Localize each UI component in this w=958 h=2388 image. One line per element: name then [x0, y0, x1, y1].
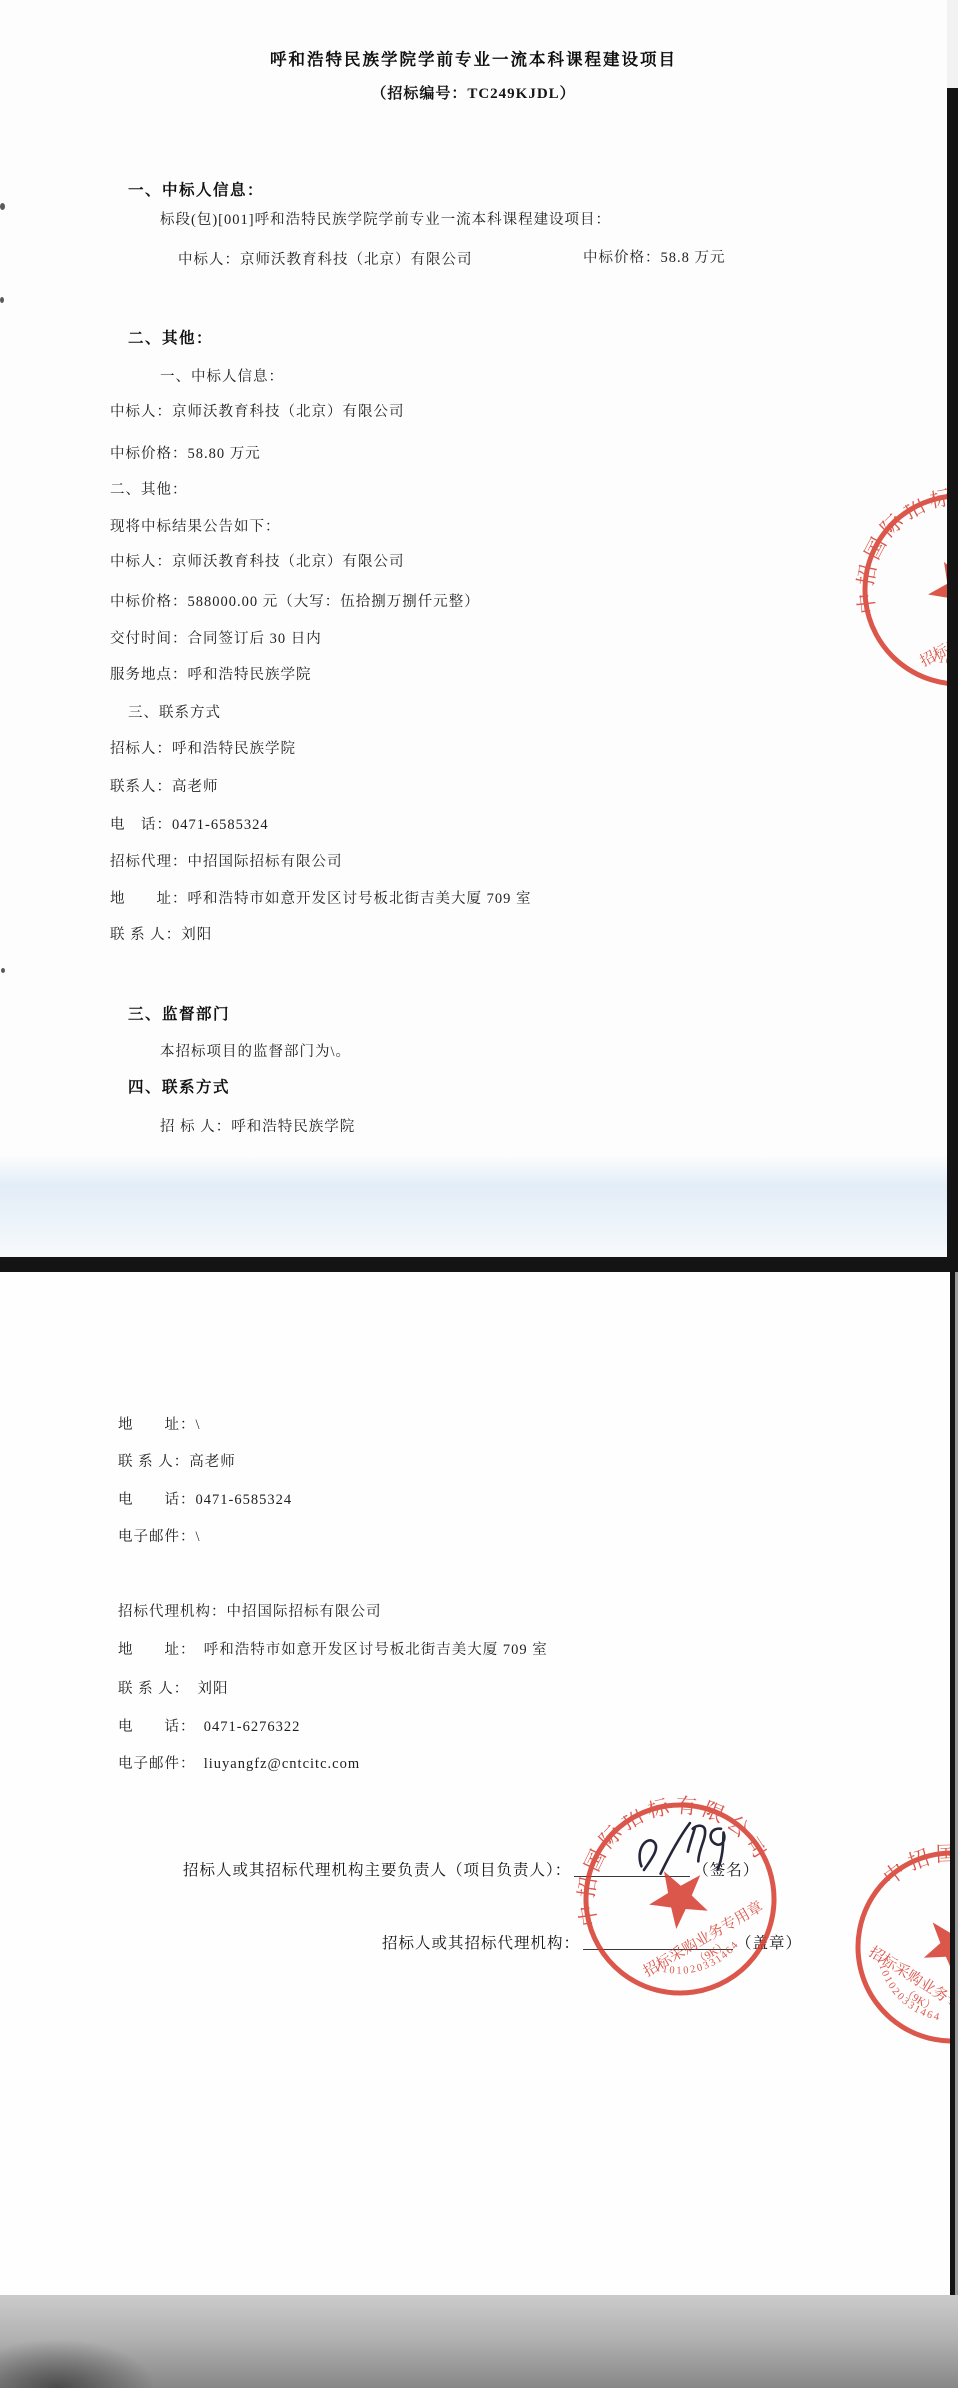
doc-line: 现将中标结果公告如下：	[110, 515, 281, 536]
doc-line: 联 系 人：刘阳	[110, 923, 212, 944]
agency-seal-stamp: 中招国际招标有限公司 招标采购业务专用章 （9K） 1101020331464	[814, 1809, 950, 2085]
signature-label: 招标人或其招标代理机构主要负责人（项目负责人）：	[183, 1858, 571, 1880]
scan-speck	[1, 968, 5, 973]
doc-line: 交付时间：合同签订后 30 日内	[110, 627, 322, 648]
section-3-heading: 三、监督部门	[128, 1002, 230, 1024]
doc-line: 中标人：京师沃教育科技（北京）有限公司	[110, 550, 405, 571]
doc-line: 电 话：0471-6585324	[118, 1488, 292, 1509]
tenderer-line: 招 标 人：呼和浩特民族学院	[160, 1115, 355, 1136]
agency-seal-stamp: 中招国际招标有限公司 招标采购业务专用章 （9K） 1101020331464	[824, 455, 947, 725]
doc-line: 联 系 人： 刘阳	[118, 1677, 229, 1698]
star-icon	[638, 1857, 717, 1935]
doc-line: 电 话：0471-6585324	[110, 813, 269, 834]
doc-line: 招标代理机构：中招国际招标有限公司	[118, 1600, 382, 1621]
doc-line: 二、其他：	[110, 478, 188, 499]
doc-line: 电 话： 0471-6276322	[118, 1715, 300, 1736]
doc-line: 中标价格：58.80 万元	[110, 442, 261, 463]
doc-line: 联系人：高老师	[110, 775, 219, 796]
tender-number-subtitle: （招标编号：TC249KJDL）	[0, 82, 947, 103]
scan-tint	[0, 1155, 947, 1257]
doc-line: 电子邮件： liuyangfz@cntcitc.com	[118, 1752, 360, 1773]
agency-seal-stamp: 中招国际招标有限公司 招标采购业务专用章 （9K） 1101020331464	[543, 1762, 816, 2035]
section-4-heading: 四、联系方式	[128, 1075, 230, 1097]
stamp-ring-text: 中招国际招标有限公司	[824, 455, 947, 647]
scanner-bed-strip	[0, 2295, 958, 2388]
lot-line: 标段(包)[001]呼和浩特民族学院学前专业一流本科课程建设项目：	[160, 208, 611, 229]
doc-line: 地 址： 呼和浩特市如意开发区讨号板北街吉美大厦 709 室	[118, 1638, 548, 1659]
doc-line: 三、联系方式	[128, 701, 221, 722]
doc-line: 招标人：呼和浩特民族学院	[110, 737, 296, 758]
doc-line: 地 址：呼和浩特市如意开发区讨号板北街吉美大厦 709 室	[110, 887, 532, 908]
seal-label: 招标人或其招标代理机构：	[382, 1931, 580, 1953]
scan-edge-white	[947, 0, 958, 88]
scan-speck	[0, 297, 4, 303]
doc-line: 地 址：\	[118, 1413, 201, 1434]
doc-line: 联 系 人：高老师	[118, 1450, 236, 1471]
star-icon	[914, 1904, 950, 1983]
section-2-heading: 二、其他：	[128, 326, 213, 348]
doc-line: 中标价格：588000.00 元（大写：伍拾捌万捌仟元整）	[110, 590, 480, 611]
doc-line: 一、中标人信息：	[160, 365, 284, 386]
stamp-ring-text: 中招国际招标有限公司	[543, 1762, 776, 1958]
star-icon	[918, 548, 947, 625]
document-title: 呼和浩特民族学院学前专业一流本科课程建设项目	[0, 46, 947, 70]
price-line: 中标价格：58.8 万元	[583, 246, 726, 267]
winner-line: 中标人：京师沃教育科技（北京）有限公司	[178, 248, 473, 269]
doc-line: 招标代理：中招国际招标有限公司	[110, 850, 343, 871]
doc-line: 服务地点：呼和浩特民族学院	[110, 663, 312, 684]
scanned-document-canvas: 呼和浩特民族学院学前专业一流本科课程建设项目 （招标编号：TC249KJDL） …	[0, 0, 958, 2388]
stamp-ring	[832, 463, 947, 717]
page-2: 地 址：\ 联 系 人：高老师 电 话：0471-6585324 电子邮件：\ …	[0, 1272, 950, 2295]
section-1-heading: 一、中标人信息：	[128, 178, 264, 200]
doc-line: 电子邮件：\	[118, 1525, 201, 1546]
page-1: 呼和浩特民族学院学前专业一流本科课程建设项目 （招标编号：TC249KJDL） …	[0, 0, 947, 1257]
doc-line: 中标人：京师沃教育科技（北京）有限公司	[110, 400, 405, 421]
scan-speck	[0, 203, 5, 210]
supervision-line: 本招标项目的监督部门为\。	[160, 1040, 351, 1061]
